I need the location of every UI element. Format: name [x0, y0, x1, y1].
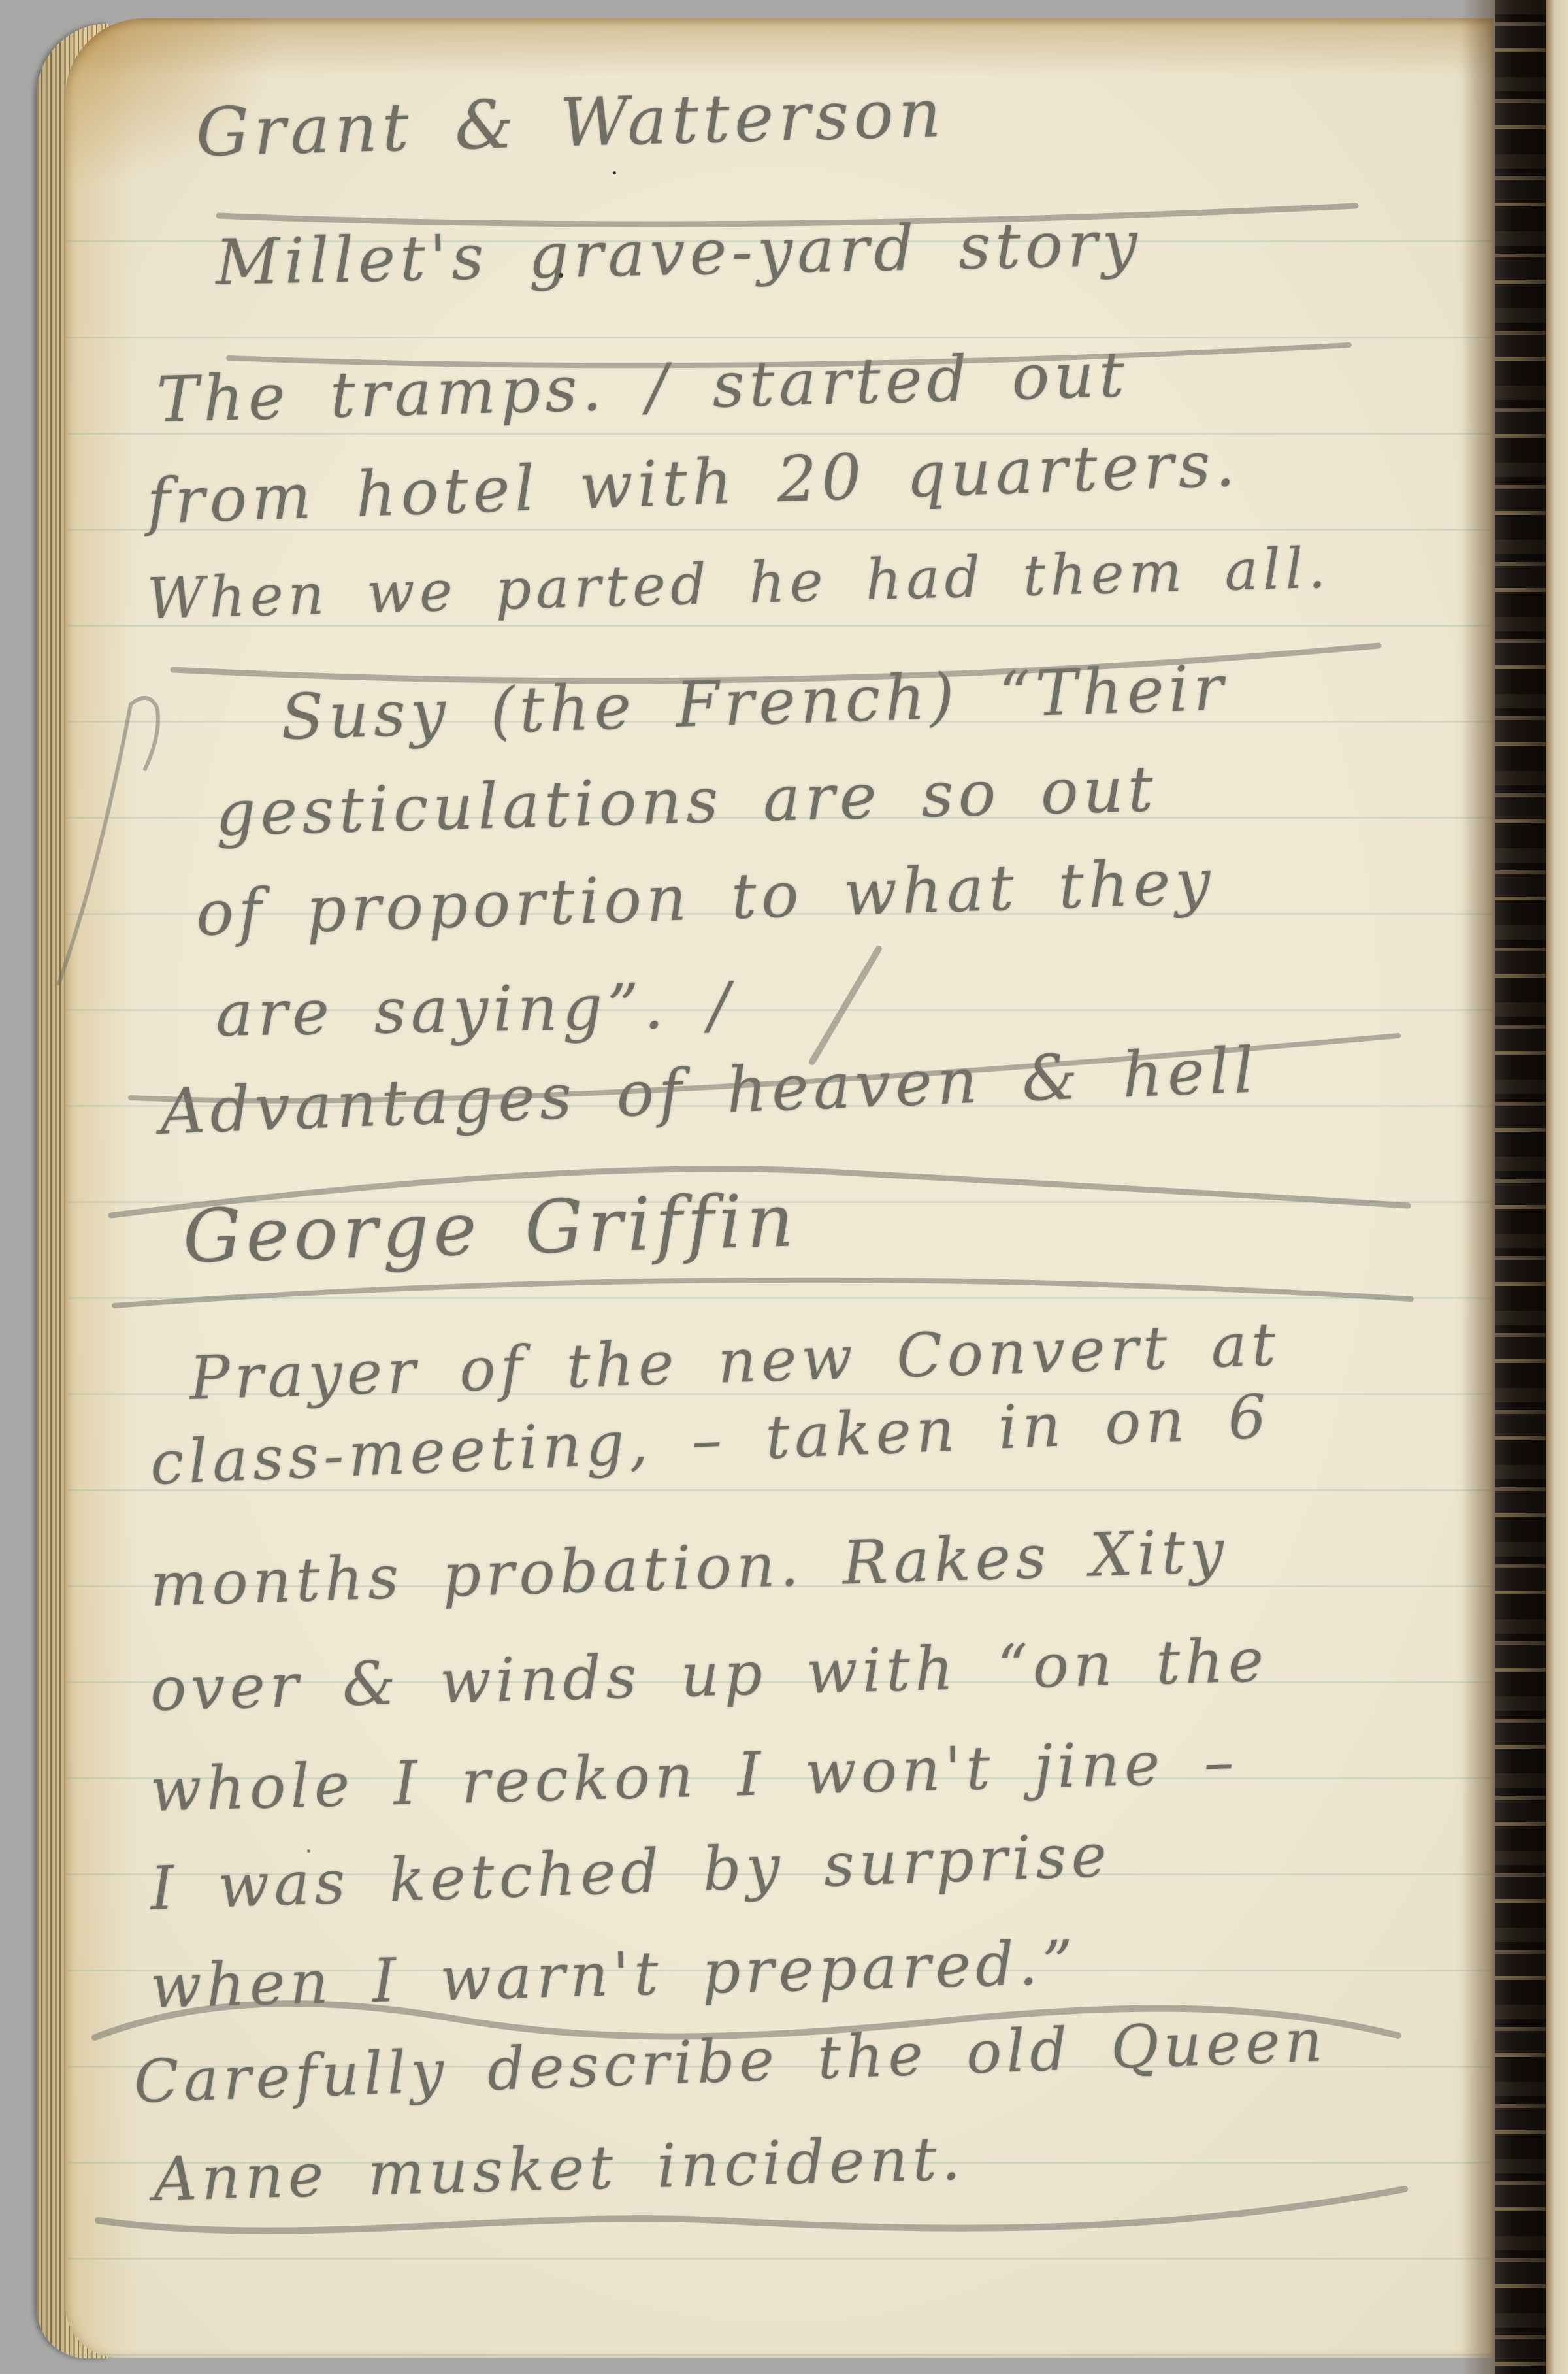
wavy-separator-lower — [98, 2189, 1405, 2231]
underline-millets-story — [229, 345, 1349, 365]
paper-speck — [307, 1849, 310, 1853]
paper-speck — [613, 171, 616, 174]
wavy-separator-upper — [95, 2003, 1398, 2037]
margin-caret-mark — [59, 698, 158, 983]
underline-parted-line — [173, 646, 1379, 681]
scanned-notebook-page: Grant & Watterson Millet's grave-yard st… — [0, 0, 1568, 2374]
underline-grant-watterson — [219, 206, 1356, 224]
paper-speck — [559, 273, 563, 278]
underline-george-griffin — [114, 1280, 1411, 1306]
underline-advantages — [111, 1169, 1408, 1215]
pencil-strokes — [0, 0, 1568, 2374]
inline-slash-mark — [812, 949, 879, 1062]
separator-above-advantages — [131, 1036, 1398, 1101]
